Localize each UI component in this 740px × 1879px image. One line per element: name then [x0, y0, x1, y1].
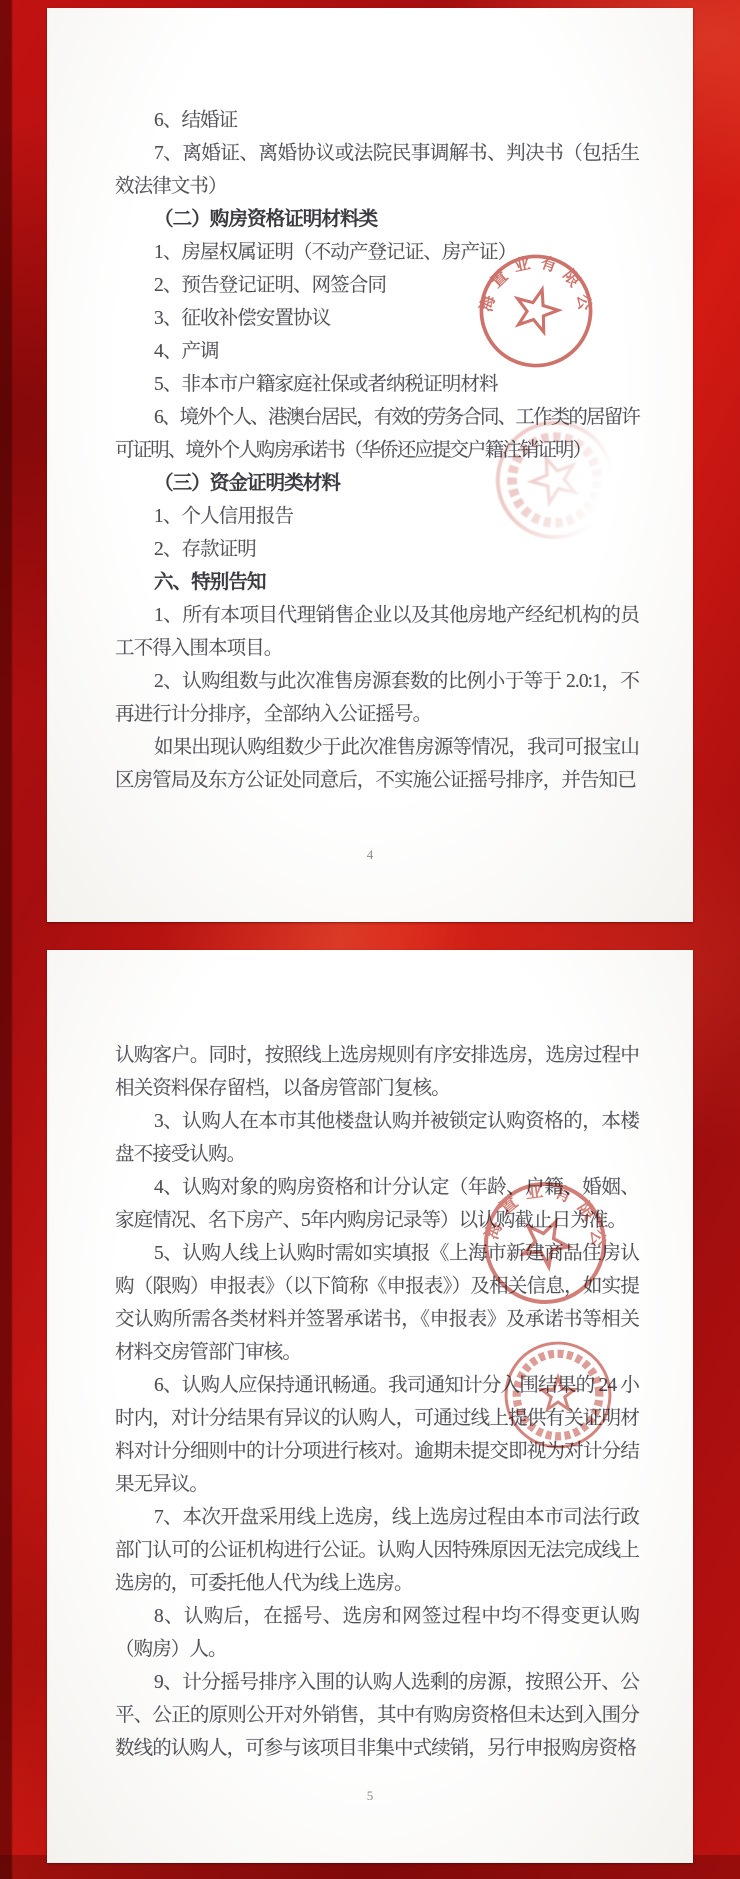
list-item: 5、非本市户籍家庭社保或者纳税证明材料 [115, 368, 639, 401]
red-textured-background: { "pages": [ { "page_number": "4", "para… [0, 0, 740, 1879]
paragraph-continuation: 认购客户。同时，按照线上选房规则有序安排选房，选房过程中相关资料保存留档，以备房… [115, 1039, 639, 1105]
list-item: 3、征收补偿安置协议 [115, 302, 639, 335]
list-item: 9、计分摇号排序入围的认购人选剩的房源，按照公开、公平、公正的原则公开对外销售，… [115, 1666, 639, 1765]
list-item: 7、离婚证、离婚协议或法院民事调解书、判决书（包括生效法律文书） [115, 137, 639, 203]
list-item: 1、房屋权属证明（不动产登记证、房产证） [115, 236, 639, 269]
section-heading: （三）资金证明类材料 [115, 467, 639, 500]
list-item: 2、预告登记证明、网签合同 [115, 269, 639, 302]
list-item: 7、本次开盘采用线上选房，线上选房过程由本市司法行政部门认可的公证机构进行公证。… [115, 1501, 639, 1600]
page-5-body: 认购客户。同时，按照线上选房规则有序安排选房，选房过程中相关资料保存留档，以备房… [47, 950, 693, 1765]
paragraph: 如果出现认购组数少于此次准售房源等情况，我司可报宝山区房管局及东方公证处同意后，… [115, 731, 639, 797]
list-item: 1、所有本项目代理销售企业以及其他房地产经纪机构的员工不得入围本项目。 [115, 599, 639, 665]
list-item: 2、存款证明 [115, 533, 639, 566]
list-item: 6、认购人应保持通讯畅通。我司通知计分入围结果的 24 小时内，对计分结果有异议… [115, 1369, 639, 1501]
list-item: 6、结婚证 [115, 104, 639, 137]
page-number: 5 [47, 1788, 693, 1804]
section-heading: 六、特别告知 [115, 566, 639, 599]
document-page-5: 认购客户。同时，按照线上选房规则有序安排选房，选房过程中相关资料保存留档，以备房… [47, 950, 693, 1863]
list-item: 6、境外个人、港澳台居民，有效的劳务合同、工作类的居留许可证明、境外个人购房承诺… [115, 401, 639, 467]
list-item: 1、个人信用报告 [115, 500, 639, 533]
list-item: 3、认购人在本市其他楼盘认购并被锁定认购资格的，本楼盘不接受认购。 [115, 1105, 639, 1171]
page-4-body: 6、结婚证 7、离婚证、离婚协议或法院民事调解书、判决书（包括生效法律文书） （… [47, 8, 693, 797]
list-item: 4、认购对象的购房资格和计分认定（年龄、户籍、婚姻、家庭情况、名下房产、5年内购… [115, 1171, 639, 1237]
section-heading: （二）购房资格证明材料类 [115, 203, 639, 236]
list-item: 5、认购人线上认购时需如实填报《上海市新建商品住房认购（限购）申报表》（以下简称… [115, 1237, 639, 1369]
list-item: 8、认购后，在摇号、选房和网签过程中均不得变更认购（购房）人。 [115, 1600, 639, 1666]
list-item: 4、产调 [115, 335, 639, 368]
page-number: 4 [47, 847, 693, 863]
document-page-4: 6、结婚证 7、离婚证、离婚协议或法院民事调解书、判决书（包括生效法律文书） （… [47, 8, 693, 922]
list-item: 2、认购组数与此次准售房源套数的比例小于等于 2.0:1，不再进行计分排序，全部… [115, 665, 639, 731]
